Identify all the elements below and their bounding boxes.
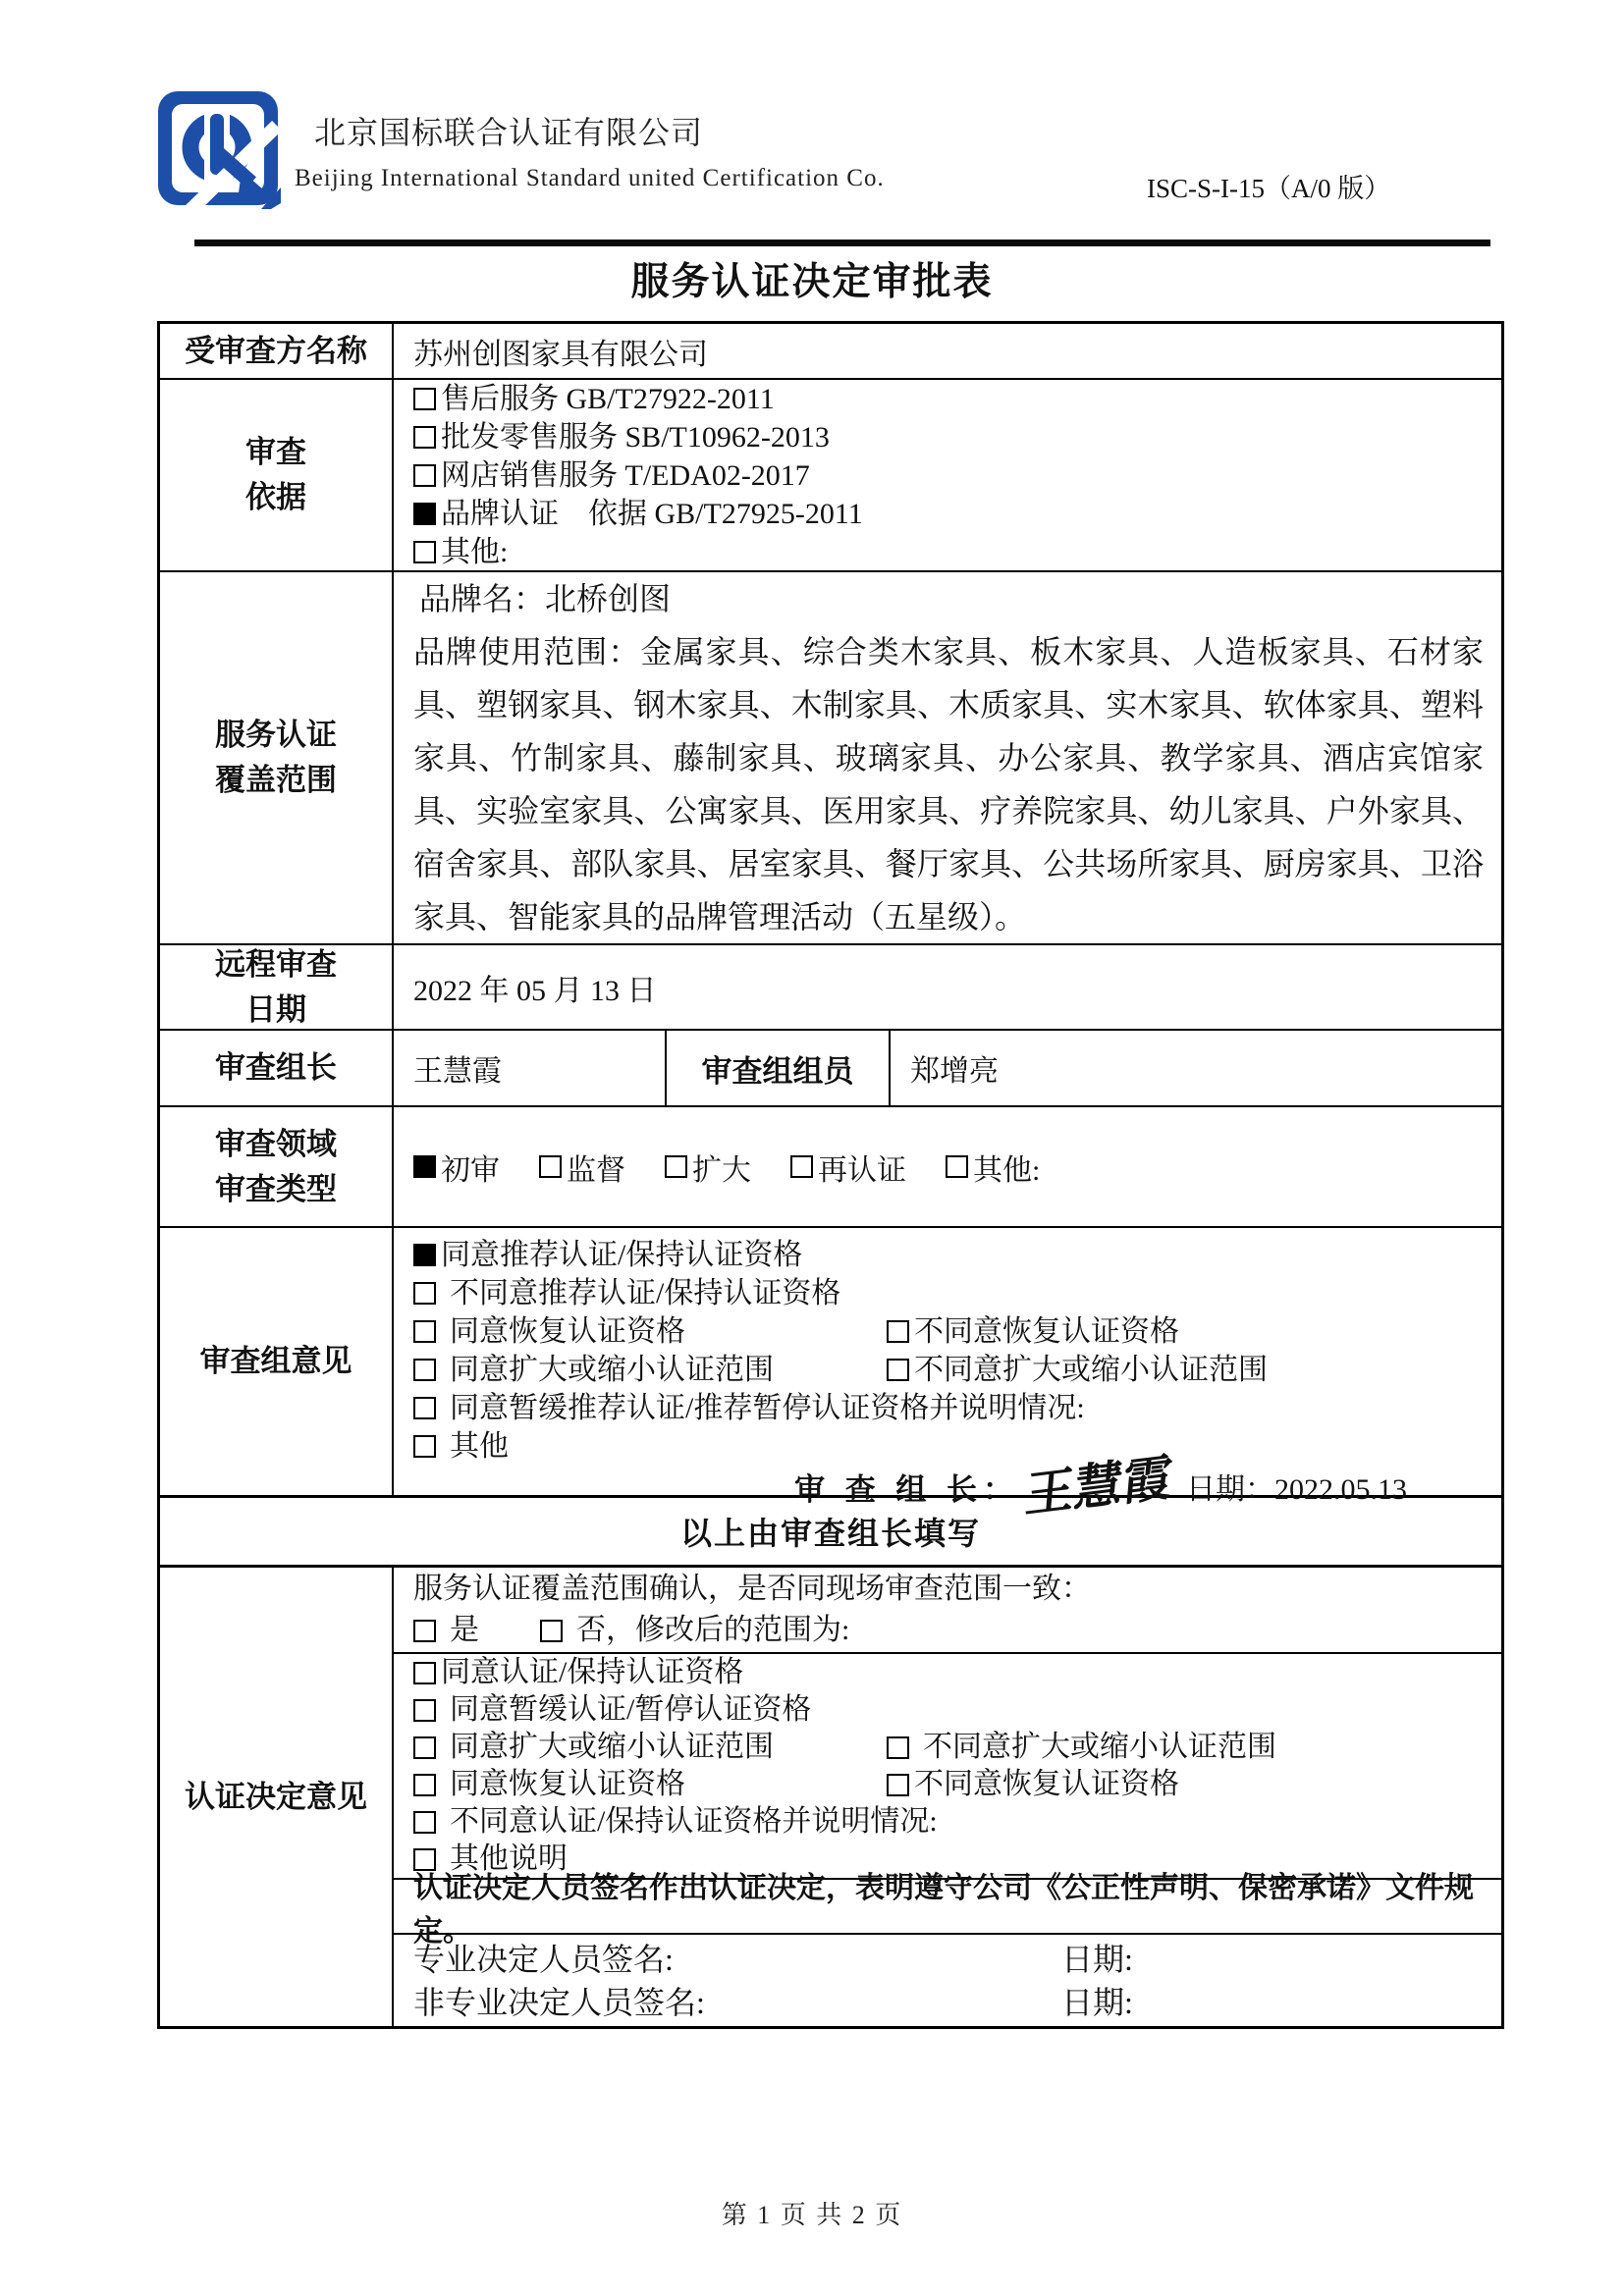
- row-remote-date: 远程审查 日期 2022 年 05 月 13 日: [160, 945, 1501, 1031]
- nonpro-sign-row: 非专业决定人员签名: 日期:: [413, 1981, 1484, 2024]
- checkbox-dec-disapprove[interactable]: [413, 1811, 436, 1834]
- confirm-title: 服务认证覆盖范围确认，是否同现场审查范围一致：: [413, 1569, 1484, 1610]
- decision-content: 服务认证覆盖范围确认，是否同现场审查范围一致： 是 否，修改后的范围为: 同意认…: [394, 1568, 1501, 2026]
- header-divider: [194, 240, 1490, 246]
- checkbox-confirm-no[interactable]: [540, 1620, 563, 1642]
- opinion-option: 不同意推荐认证/保持认证资格: [413, 1274, 1484, 1312]
- checkbox-dec-not-expand[interactable]: [887, 1736, 909, 1759]
- company-name-cn: 北京国标联合认证有限公司: [314, 108, 703, 153]
- type-option-surveillance: 监督: [539, 1146, 625, 1189]
- checkbox-wholesale-retail[interactable]: [413, 426, 436, 449]
- remote-date-label: 远程审查 日期: [160, 945, 394, 1029]
- form-code: ISC-S-I-15（A/0 版）: [1147, 167, 1390, 205]
- checkbox-opinion-other[interactable]: [413, 1435, 436, 1458]
- checkbox-postpone[interactable]: [413, 1699, 436, 1722]
- pro-sign-row: 专业决定人员签名: 日期:: [413, 1938, 1484, 1981]
- decision-confirm: 服务认证覆盖范围确认，是否同现场审查范围一致： 是 否，修改后的范围为:: [394, 1568, 1501, 1654]
- checkbox-expansion[interactable]: [665, 1155, 687, 1178]
- checkbox-surveillance[interactable]: [539, 1155, 562, 1178]
- auditee-label: 受审查方名称: [160, 324, 394, 378]
- basis-option: 售后服务 GB/T27922-2011: [413, 380, 1484, 418]
- basis-option: 其他:: [413, 533, 1484, 571]
- opinion-option: 同意扩大或缩小认证范围 不同意扩大或缩小认证范围: [413, 1351, 1484, 1389]
- checkbox-not-recommend[interactable]: [413, 1282, 436, 1305]
- scope-label: 服务认证 覆盖范围: [160, 572, 394, 943]
- company-name-en: Beijing International Standard united Ce…: [295, 165, 885, 192]
- checkbox-initial-audit[interactable]: [413, 1155, 436, 1178]
- brand-scope-text: 品牌使用范围：金属家具、综合类木家具、板木家具、人造板家具、石材家具、塑钢家具、…: [413, 625, 1484, 943]
- checkbox-dec-not-restore[interactable]: [887, 1774, 909, 1796]
- audit-type-options: 初审 监督 扩大 再认证: [394, 1107, 1501, 1226]
- row-auditee: 受审查方名称 苏州创图家具有限公司: [160, 324, 1501, 380]
- team-member-label: 审查组组员: [667, 1031, 891, 1105]
- team-member-name: 郑增亮: [891, 1031, 1501, 1105]
- checkbox-recommend[interactable]: [413, 1244, 436, 1266]
- checkbox-expand-reduce[interactable]: [413, 1359, 436, 1381]
- checkbox-not-restore[interactable]: [887, 1320, 909, 1343]
- middle-note-text: 以上由审查组长填写: [160, 1498, 1501, 1565]
- checkbox-brand-certification[interactable]: [413, 503, 436, 525]
- row-audit-type: 审查领域 审查类型 初审 监督 扩大: [160, 1107, 1501, 1228]
- checkbox-online-store[interactable]: [413, 464, 436, 487]
- type-option-expansion: 扩大: [665, 1146, 751, 1189]
- basis-label: 审查 依据: [160, 380, 394, 570]
- checkbox-dec-expand[interactable]: [413, 1736, 436, 1759]
- row-audit-basis: 审查 依据 售后服务 GB/T27922-2011 批发零售服务 SB/T109…: [160, 380, 1501, 572]
- checkbox-after-sales[interactable]: [413, 388, 436, 410]
- decision-options: 同意认证/保持认证资格 同意暂缓认证/暂停认证资格 同意扩大或缩小认证范围: [394, 1654, 1501, 1880]
- team-leader-name: 王慧霞: [394, 1031, 667, 1105]
- basis-option: 批发零售服务 SB/T10962-2013: [413, 418, 1484, 456]
- company-logo-icon: [157, 90, 287, 212]
- opinion-option: 其他: [413, 1427, 1484, 1466]
- approval-form-table: 受审查方名称 苏州创图家具有限公司 审查 依据 售后服务 GB/T27922-2…: [157, 321, 1504, 2029]
- decision-note: 认证决定人员签名作出认证决定，表明遵守公司《公正性声明、保密承诺》文件规定。: [394, 1880, 1501, 1935]
- type-option-initial: 初审: [413, 1146, 500, 1189]
- row-middle-note: 以上由审查组长填写: [160, 1498, 1501, 1568]
- decision-option: 同意认证/保持认证资格: [413, 1654, 1484, 1691]
- scope-content: 品牌名：北桥创图 品牌使用范围：金属家具、综合类木家具、板木家具、人造板家具、石…: [394, 572, 1501, 943]
- basis-options: 售后服务 GB/T27922-2011 批发零售服务 SB/T10962-201…: [394, 380, 1501, 570]
- pro-date-label: 日期:: [1061, 1938, 1133, 1981]
- page-title: 服务认证决定审批表: [0, 251, 1624, 306]
- team-leader-label: 审查组长: [160, 1031, 394, 1105]
- pro-sign-label: 专业决定人员签名:: [413, 1938, 1061, 1981]
- checkbox-not-expand-reduce[interactable]: [887, 1359, 909, 1381]
- nonpro-sign-label: 非专业决定人员签名:: [413, 1981, 1061, 2024]
- checkbox-basis-other[interactable]: [413, 541, 436, 563]
- row-decision: 认证决定意见 服务认证覆盖范围确认，是否同现场审查范围一致： 是 否，修改后的范…: [160, 1568, 1501, 2026]
- opinion-option: 同意暂缓推荐认证/推荐暂停认证资格并说明情况:: [413, 1389, 1484, 1427]
- row-team-opinion: 审查组意见 同意推荐认证/保持认证资格 不同意推荐认证/保持认证资格 同意恢复认…: [160, 1228, 1501, 1498]
- basis-option: 品牌认证 依据 GB/T27925-2011: [413, 495, 1484, 533]
- row-audit-team: 审查组长 王慧霞 审查组组员 郑增亮: [160, 1031, 1501, 1107]
- team-opinion-content: 同意推荐认证/保持认证资格 不同意推荐认证/保持认证资格 同意恢复认证资格 不同…: [394, 1228, 1501, 1495]
- decision-option: 同意恢复认证资格 不同意恢复认证资格: [413, 1766, 1484, 1803]
- brand-name-line: 品牌名：北桥创图: [413, 572, 1484, 625]
- team-opinion-label: 审查组意见: [160, 1228, 394, 1495]
- page-number: 第 1 页 共 2 页: [0, 2195, 1624, 2231]
- checkbox-dec-restore[interactable]: [413, 1774, 436, 1796]
- checkbox-type-other[interactable]: [946, 1155, 968, 1178]
- decision-label: 认证决定意见: [160, 1568, 394, 2026]
- type-option-recertification: 再认证: [790, 1146, 906, 1189]
- decision-option: 同意暂缓认证/暂停认证资格: [413, 1691, 1484, 1729]
- nonpro-date-label: 日期:: [1061, 1981, 1133, 2024]
- checkbox-restore[interactable]: [413, 1320, 436, 1343]
- opinion-option: 同意恢复认证资格 不同意恢复认证资格: [413, 1312, 1484, 1351]
- type-option-other: 其他:: [946, 1146, 1040, 1189]
- row-scope: 服务认证 覆盖范围 品牌名：北桥创图 品牌使用范围：金属家具、综合类木家具、板木…: [160, 572, 1501, 945]
- checkbox-confirm-yes[interactable]: [413, 1620, 436, 1642]
- audit-type-label: 审查领域 审查类型: [160, 1107, 394, 1226]
- checkbox-recertification[interactable]: [790, 1155, 813, 1178]
- opinion-option: 同意推荐认证/保持认证资格: [413, 1236, 1484, 1274]
- decision-signatures: 专业决定人员签名: 日期: 非专业决定人员签名: 日期:: [394, 1935, 1501, 2026]
- checkbox-suspend[interactable]: [413, 1397, 436, 1419]
- document-page: 北京国标联合认证有限公司 Beijing International Stand…: [0, 0, 1624, 2296]
- auditee-value: 苏州创图家具有限公司: [394, 324, 1501, 378]
- decision-option: 同意扩大或缩小认证范围 不同意扩大或缩小认证范围: [413, 1729, 1484, 1766]
- decision-option: 不同意认证/保持认证资格并说明情况:: [413, 1803, 1484, 1841]
- checkbox-approve[interactable]: [413, 1662, 436, 1684]
- basis-option: 网店销售服务 T/EDA02-2017: [413, 456, 1484, 495]
- remote-date-value: 2022 年 05 月 13 日: [394, 945, 1501, 1029]
